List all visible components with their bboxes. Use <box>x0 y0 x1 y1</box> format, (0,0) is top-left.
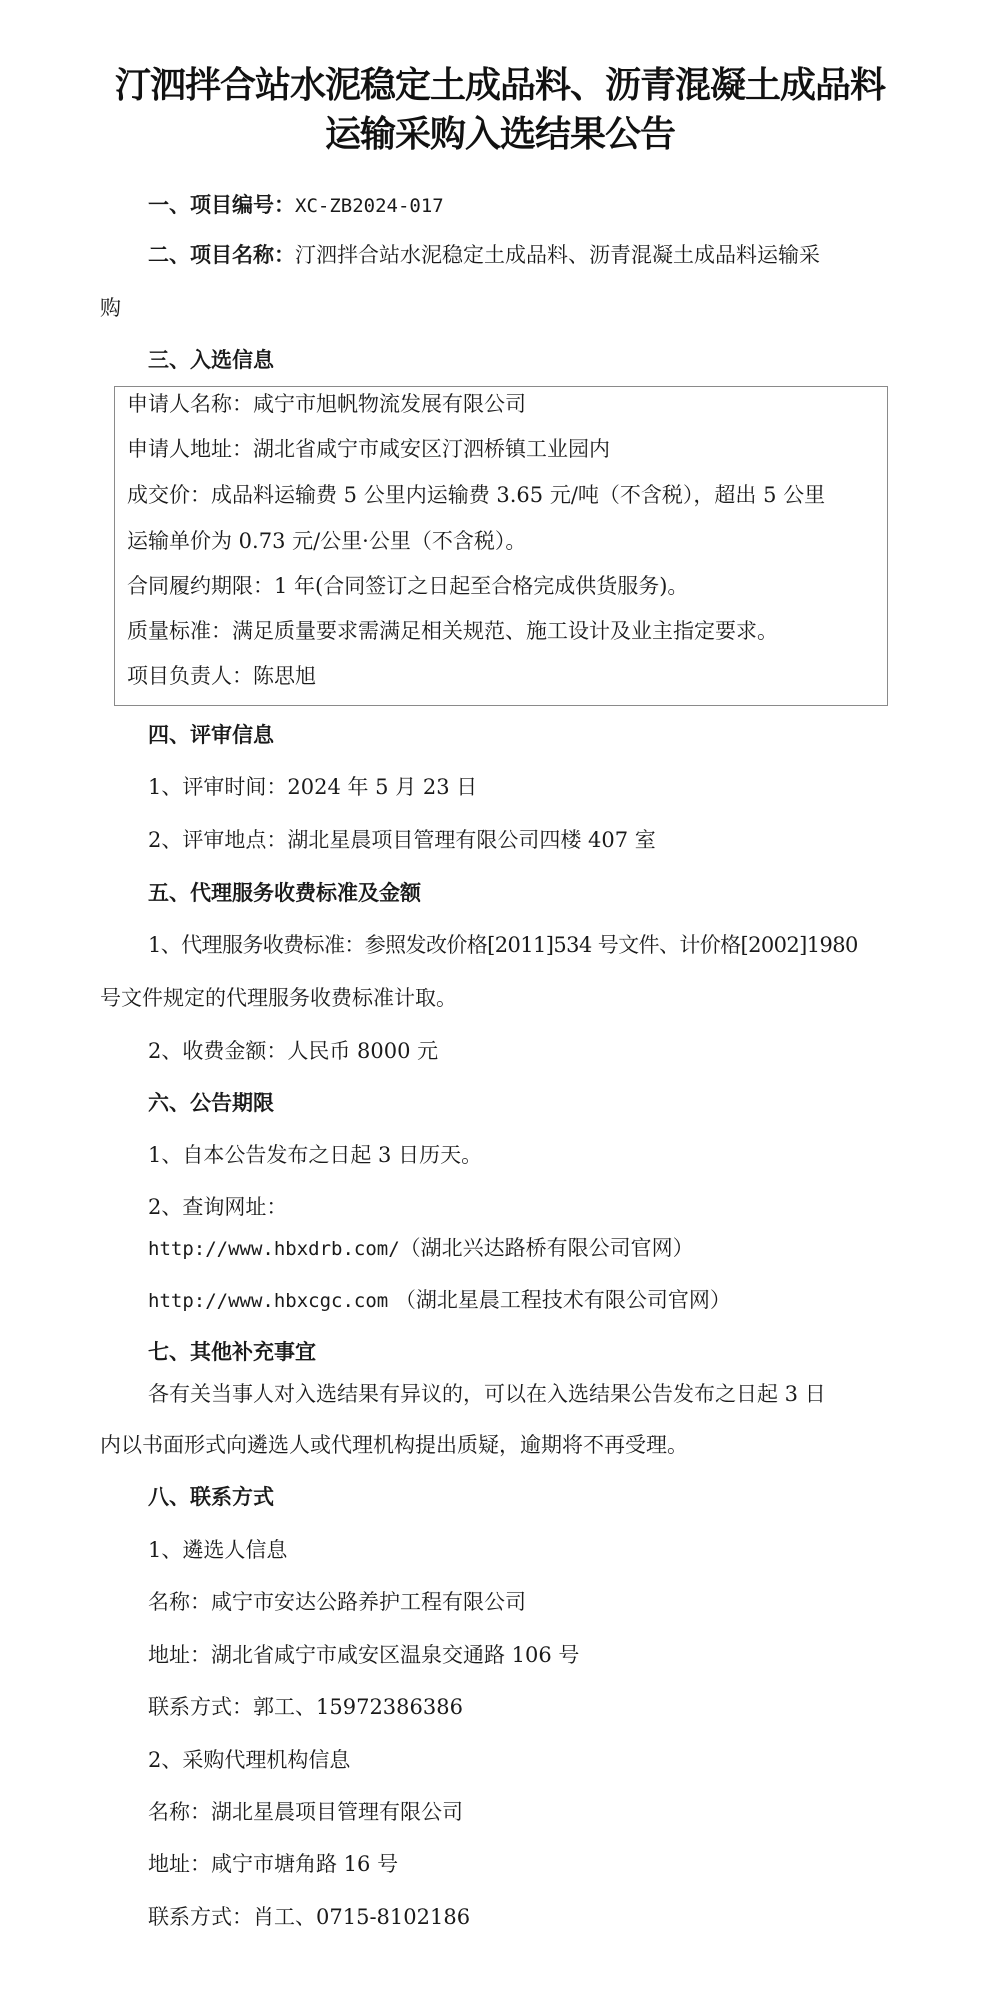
agency-contact: 联系方式：肖工、0715-8102186 <box>148 1902 470 1932</box>
transaction-price: 成交价：成品料运输费 5 公里内运输费 3.65 元/吨（不含税），超出 5 公… <box>127 480 825 510</box>
selection-info-heading: 三、入选信息 <box>148 345 274 375</box>
objection-notice-continuation: 内以书面形式向遴选人或代理机构提出质疑，逾期将不再受理。 <box>100 1430 688 1460</box>
selector-info-heading: 1、遴选人信息 <box>148 1535 287 1565</box>
project-name-value: 汀泗拌合站水泥稳定土成品料、沥青混凝土成品料运输采 <box>295 243 820 267</box>
agency-fee-standard-continuation: 号文件规定的代理服务收费标准计取。 <box>100 983 457 1013</box>
contract-period: 合同履约期限：1 年(合同签订之日起至合格完成供货服务)。 <box>127 571 688 601</box>
announcement-period-heading: 六、公告期限 <box>148 1088 274 1118</box>
project-name-continuation: 购 <box>100 293 121 323</box>
selector-name: 名称：咸宁市安达公路养护工程有限公司 <box>148 1587 526 1617</box>
other-matters-heading: 七、其他补充事宜 <box>148 1337 316 1367</box>
review-time: 1、评审时间：2024 年 5 月 23 日 <box>148 772 477 802</box>
project-name: 二、项目名称：汀泗拌合站水泥稳定土成品料、沥青混凝土成品料运输采 <box>148 240 820 270</box>
agency-fee-heading: 五、代理服务收费标准及金额 <box>148 878 421 908</box>
website-url-1[interactable]: http://www.hbxdrb.com/ <box>148 1238 400 1260</box>
agency-fee-standard: 1、代理服务收费标准：参照发改价格[2011]534 号文件、计价格[2002]… <box>148 930 858 960</box>
agency-address: 地址：咸宁市塘角路 16 号 <box>148 1849 398 1879</box>
objection-notice: 各有关当事人对入选结果有异议的，可以在入选结果公告发布之日起 3 日 <box>148 1379 826 1409</box>
title-line-2: 运输采购入选结果公告 <box>0 111 1000 159</box>
project-number: 一、项目编号：XC-ZB2024-017 <box>148 190 444 221</box>
website-desc-1: （湖北兴达路桥有限公司官网） <box>400 1236 694 1260</box>
website-link-2: http://www.hbxcgc.com （湖北星晨工程技术有限公司官网） <box>148 1285 731 1316</box>
applicant-name: 申请人名称：咸宁市旭帆物流发展有限公司 <box>127 389 526 419</box>
selection-info-box: 申请人名称：咸宁市旭帆物流发展有限公司 申请人地址：湖北省咸宁市咸安区汀泗桥镇工… <box>114 386 888 706</box>
title-line-1: 汀泗拌合站水泥稳定土成品料、沥青混凝土成品料 <box>0 62 1000 110</box>
website-desc-2: （湖北星晨工程技术有限公司官网） <box>388 1288 731 1312</box>
selector-address: 地址：湖北省咸宁市咸安区温泉交通路 106 号 <box>148 1640 579 1670</box>
quality-standard: 质量标准：满足质量要求需满足相关规范、施工设计及业主指定要求。 <box>127 616 778 646</box>
query-website-label: 2、查询网址： <box>148 1192 287 1222</box>
agency-info-heading: 2、采购代理机构信息 <box>148 1745 350 1775</box>
announcement-period: 1、自本公告发布之日起 3 日历天。 <box>148 1140 482 1170</box>
contact-heading: 八、联系方式 <box>148 1482 274 1512</box>
review-info-heading: 四、评审信息 <box>148 720 274 750</box>
transaction-price-continuation: 运输单价为 0.73 元/公里·公里（不含税）。 <box>127 526 526 556</box>
website-link-1: http://www.hbxdrb.com/（湖北兴达路桥有限公司官网） <box>148 1233 694 1264</box>
website-url-2[interactable]: http://www.hbxcgc.com <box>148 1290 388 1312</box>
project-number-value: XC-ZB2024-017 <box>295 195 444 217</box>
fee-amount: 2、收费金额：人民币 8000 元 <box>148 1036 438 1066</box>
selector-contact: 联系方式：郭工、15972386386 <box>148 1692 463 1722</box>
applicant-address: 申请人地址：湖北省咸宁市咸安区汀泗桥镇工业园内 <box>127 434 610 464</box>
project-name-label: 二、项目名称： <box>148 243 295 267</box>
project-manager: 项目负责人：陈思旭 <box>127 661 316 691</box>
review-location: 2、评审地点：湖北星晨项目管理有限公司四楼 407 室 <box>148 825 656 855</box>
agency-name: 名称：湖北星晨项目管理有限公司 <box>148 1797 463 1827</box>
project-number-label: 一、项目编号： <box>148 193 295 217</box>
